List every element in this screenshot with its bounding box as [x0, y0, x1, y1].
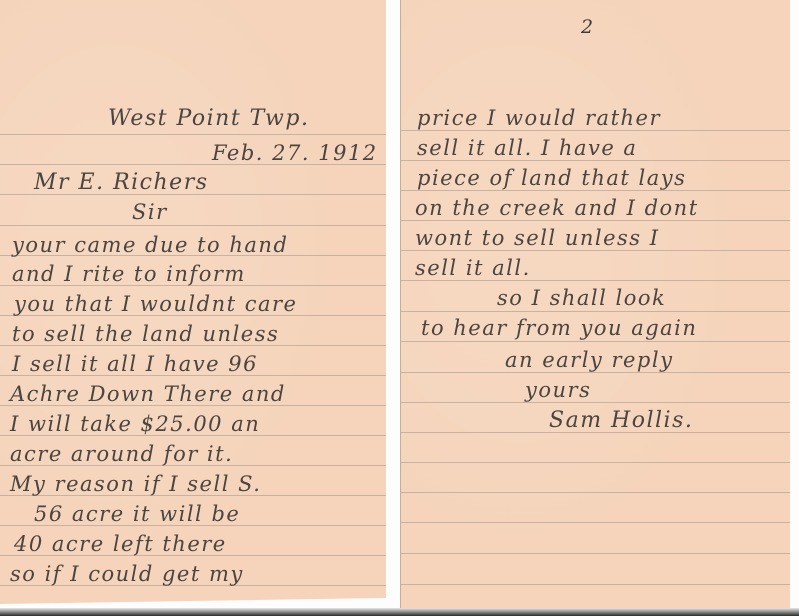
ruled-line — [401, 584, 790, 585]
letter-line: My reason if I sell S. — [10, 474, 261, 495]
ruled-line — [401, 190, 790, 191]
scanner-edge — [0, 608, 799, 616]
salutation: Sir — [132, 202, 168, 223]
ruled-line — [401, 130, 790, 131]
letter-line: Achre Down There and — [10, 384, 286, 405]
ruled-line — [401, 220, 790, 221]
letter-line: so if I could get my — [10, 564, 244, 585]
letter-date: Feb. 27. 1912 — [212, 143, 378, 164]
letter-line: on the creek and I dont — [415, 198, 699, 219]
letter-line: acre around for it. — [10, 444, 233, 465]
ruled-line — [0, 134, 386, 135]
letter-line: 40 acre left there — [14, 534, 227, 555]
page-number: 2 — [581, 16, 593, 38]
ruled-line — [401, 372, 790, 373]
ruled-line — [0, 225, 386, 226]
ruled-line — [401, 250, 790, 251]
closing-line: yours — [525, 380, 591, 401]
letter-page-2: 2 price I would rather sell it all. I ha… — [400, 0, 790, 610]
letter-line: sell it all. I have a — [417, 138, 637, 159]
letter-line: sell it all. — [415, 258, 531, 279]
letter-line: your came due to hand — [12, 235, 288, 256]
letter-line: I sell it all I have 96 — [12, 354, 258, 375]
signature: Sam Hollis. — [549, 410, 693, 432]
letter-line: price I would rather — [417, 108, 661, 129]
letter-line: to sell the land unless — [12, 324, 279, 345]
ruled-line — [401, 311, 790, 312]
closing-line: an early reply — [505, 350, 673, 371]
letter-line: you that I wouldnt care — [14, 294, 297, 315]
letter-line: piece of land that lays — [417, 168, 686, 189]
letter-line: and I rite to inform — [12, 264, 246, 285]
letter-line: I will take $25.00 an — [10, 414, 260, 435]
ruled-line — [401, 160, 790, 161]
closing-line: so I shall look — [497, 288, 666, 309]
closing-line: to hear from you again — [421, 318, 697, 339]
letter-line: wont to sell unless I — [415, 228, 660, 249]
letter-line: 56 acre it will be — [34, 504, 240, 525]
ruled-line — [401, 462, 790, 463]
ruled-line — [401, 280, 790, 281]
letter-place-heading: West Point Twp. — [108, 108, 309, 130]
ruled-line — [401, 402, 790, 403]
salutation-name: Mr E. Richers — [34, 172, 209, 194]
ruled-line — [401, 553, 790, 554]
ruled-line — [401, 522, 790, 523]
letter-page-1: West Point Twp. Feb. 27. 1912 Mr E. Rich… — [0, 0, 386, 604]
ruled-line — [401, 492, 790, 493]
ruled-line — [401, 341, 790, 342]
